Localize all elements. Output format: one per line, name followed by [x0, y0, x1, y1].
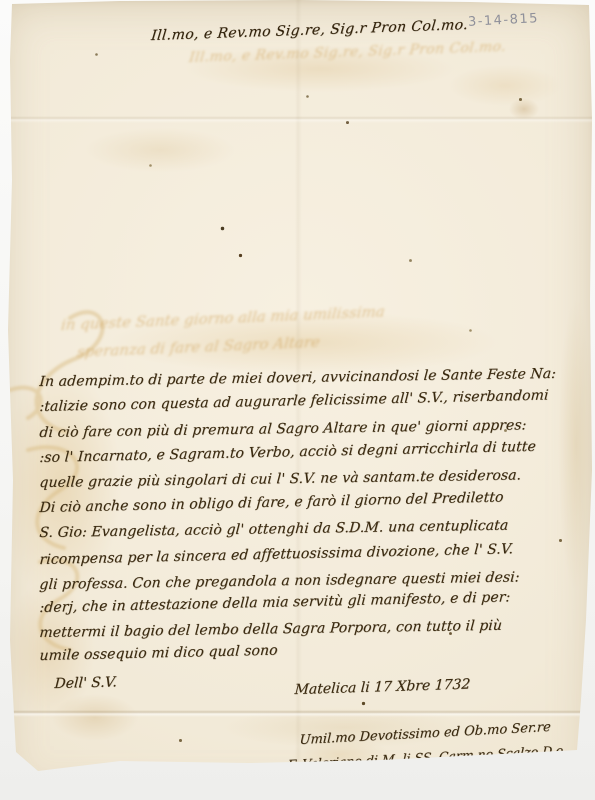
body-line: :so l' Incarnato, e Sagram.to Verbo, acc…	[39, 439, 536, 466]
signature-line: Umil.mo Devotissimo ed Ob.mo Ser.re	[299, 720, 551, 748]
paper-sheet: 3-14-815 Ill.mo, e Rev.mo Sig.re, Sig.r …	[0, 0, 595, 800]
bleedthrough-line: speranza di fare al Sagro Altare	[76, 333, 321, 361]
body-line: S. Gio: Evangelista, acciò gl' ottenghi …	[39, 518, 509, 541]
closing-formula: Dell' S.V.	[54, 674, 117, 692]
body-line: gli professa. Con che pregandola a non i…	[39, 569, 520, 593]
signature-line: F. Valeriano di M. li SS. Carm.no Scalzo…	[287, 743, 563, 773]
salutation-bleedthrough: Ill.mo, e Rev.mo Sig.re, Sig.r Pron Col.…	[188, 39, 507, 66]
body-line: umile ossequio mi dico qual sono	[39, 643, 278, 664]
body-line: Di ciò anche sono in obligo di fare, e f…	[39, 489, 504, 516]
bleedthrough-line: in queste Sante giorno alla mia umilissi…	[60, 302, 385, 334]
body-line: quelle grazie più singolari di cui l' S.…	[39, 467, 522, 491]
body-line: :talizie sono con questa ad augurarle fe…	[39, 387, 549, 415]
letter-scan: 3-14-815 Ill.mo, e Rev.mo Sig.re, Sig.r …	[0, 0, 595, 800]
paper-specks	[0, 0, 1, 1]
body-line: di ciò fare con più di premura al Sagro …	[39, 417, 527, 441]
body-line: :derj, che in attestazione della mia ser…	[39, 589, 511, 616]
body-line: mettermi il bagio del lembo della Sagra …	[39, 618, 503, 641]
archival-number: 3-14-815	[468, 11, 540, 30]
dateline: Matelica li 17 Xbre 1732	[294, 676, 471, 698]
salutation: Ill.mo, e Rev.mo Sig.re, Sig.r Pron Col.…	[150, 17, 469, 44]
body-line: In adempim.to di parte de miei doveri, a…	[39, 366, 557, 390]
body-line: ricompensa per la sincera ed affettuosis…	[39, 541, 514, 568]
